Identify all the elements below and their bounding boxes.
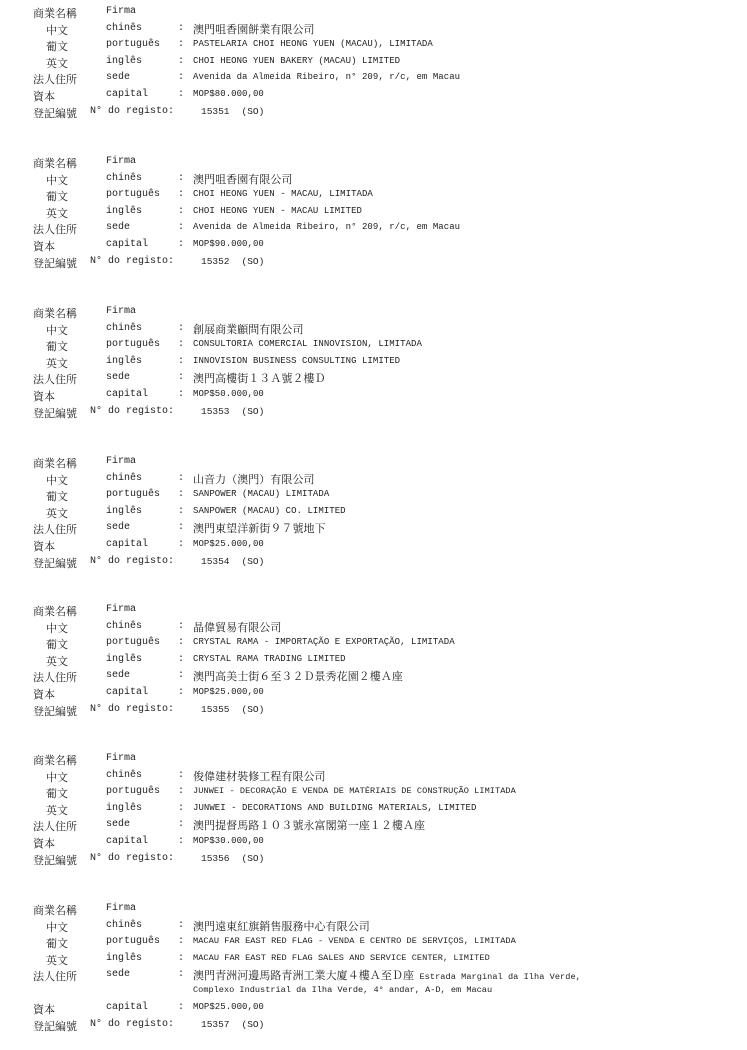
registo-status: (SO) — [242, 556, 265, 567]
capital-value: MOP$25.000,00 — [193, 539, 264, 549]
portugues-row: 葡文 português : JUNWEI - DECORAÇÃO E VEND… — [0, 785, 747, 802]
portuguese-name-value: JUNWEI - DECORAÇÃO E VENDA DE MATÉRIAIS … — [193, 786, 516, 796]
chines-label-zh: 中文 — [46, 769, 68, 785]
firma-row: 商業名稱 Firma — [0, 455, 747, 472]
portugues-row: 葡文 português : CONSULTORIA COMERCIAL INN… — [0, 338, 747, 355]
capital-row: 資本 capital : MOP$25.000,00 — [0, 538, 747, 555]
registo-status: (SO) — [242, 1019, 265, 1030]
chinese-name-value: 創展商業顧問有限公司 — [193, 321, 304, 337]
sede-row: 法人住所 sede : 澳門青洲河邊馬路青洲工業大廈４樓Ａ至Ｄ座 Estrada… — [0, 968, 747, 1001]
colon: : — [178, 670, 184, 681]
registo-label-pt: N° do registo: — [90, 406, 174, 417]
chines-label-zh: 中文 — [46, 322, 68, 338]
chines-label-pt: chinês — [106, 473, 142, 484]
colon: : — [178, 539, 184, 550]
registo-status: (SO) — [242, 704, 265, 715]
colon: : — [178, 786, 184, 797]
portugues-label-pt: português — [106, 637, 160, 648]
capital-row: 資本 capital : MOP$25.000,00 — [0, 1001, 747, 1018]
colon: : — [178, 39, 184, 50]
registo-number: 15357 — [201, 1019, 230, 1030]
registo-number: 15354 — [201, 556, 230, 567]
ingles-label-pt: inglês — [106, 506, 142, 517]
registration-record-15355: 商業名稱 Firma 中文 chinês : 晶偉貿易有限公司 葡文 portu… — [0, 603, 747, 719]
portugues-label-pt: português — [106, 189, 160, 200]
ingles-label-zh: 英文 — [46, 952, 68, 968]
sede-value: 澳門高樓街１３Ａ號２樓Ｄ — [193, 370, 326, 386]
portugues-row: 葡文 português : SANPOWER (MACAU) LIMITADA — [0, 488, 747, 505]
firma-label-pt: Firma — [106, 604, 136, 615]
colon: : — [178, 389, 184, 400]
portugues-label-zh: 葡文 — [46, 488, 68, 504]
capital-value: MOP$25.000,00 — [193, 687, 264, 697]
ingles-label-zh: 英文 — [46, 355, 68, 371]
sede-value-chinese: 澳門青洲河邊馬路青洲工業大廈４樓Ａ至Ｄ座 — [193, 969, 414, 982]
colon: : — [178, 89, 184, 100]
capital-value: MOP$90.000,00 — [193, 239, 264, 249]
registo-number: 15355 — [201, 704, 230, 715]
chines-row: 中文 chinês : 創展商業顧問有限公司 — [0, 322, 747, 339]
registration-record-15351: 商業名稱 Firma 中文 chinês : 澳門咀香園餅業有限公司 葡文 po… — [0, 5, 747, 121]
chines-label-zh: 中文 — [46, 22, 68, 38]
portugues-label-zh: 葡文 — [46, 636, 68, 652]
ingles-label-pt: inglês — [106, 206, 142, 217]
sede-label-pt: sede — [106, 969, 130, 980]
sede-value-portuguese: Estrada Marginal da Ilha Verde, — [419, 972, 580, 982]
firma-label-zh: 商業名稱 — [33, 305, 77, 321]
portugues-label-zh: 葡文 — [46, 935, 68, 951]
sede-label-zh: 法人住所 — [33, 221, 77, 237]
colon: : — [178, 222, 184, 233]
firma-label-pt: Firma — [106, 903, 136, 914]
firma-row: 商業名稱 Firma — [0, 902, 747, 919]
capital-label-pt: capital — [106, 539, 148, 550]
registo-row: 登記編號 N° do registo: 15351(SO) — [0, 105, 747, 122]
chines-row: 中文 chinês : 晶偉貿易有限公司 — [0, 620, 747, 637]
colon: : — [178, 56, 184, 67]
capital-label-zh: 資本 — [33, 538, 55, 554]
portugues-row: 葡文 português : PASTELARIA CHOI HEONG YUE… — [0, 38, 747, 55]
firma-label-zh: 商業名稱 — [33, 155, 77, 171]
portugues-label-zh: 葡文 — [46, 38, 68, 54]
ingles-label-zh: 英文 — [46, 205, 68, 221]
portuguese-name-value: CONSULTORIA COMERCIAL INNOVISION, LIMITA… — [193, 339, 422, 349]
registo-status: (SO) — [242, 853, 265, 864]
english-name-value: INNOVISION BUSINESS CONSULTING LIMITED — [193, 356, 400, 366]
ingles-label-zh: 英文 — [46, 505, 68, 521]
ingles-row: 英文 inglês : INNOVISION BUSINESS CONSULTI… — [0, 355, 747, 372]
chinese-name-value: 澳門遠東紅旗銷售服務中心有限公司 — [193, 918, 370, 934]
sede-row: 法人住所 sede : 澳門高樓街１３Ａ號２樓Ｄ — [0, 371, 747, 388]
colon: : — [178, 969, 184, 980]
portugues-label-pt: português — [106, 489, 160, 500]
sede-label-zh: 法人住所 — [33, 968, 77, 984]
colon: : — [178, 621, 184, 632]
ingles-row: 英文 inglês : SANPOWER (MACAU) CO. LIMITED — [0, 505, 747, 522]
colon: : — [178, 803, 184, 814]
portuguese-name-value: CRYSTAL RAMA - IMPORTAÇÃO E EXPORTAÇÃO, … — [193, 637, 455, 647]
colon: : — [178, 173, 184, 184]
sede-label-zh: 法人住所 — [33, 669, 77, 685]
colon: : — [178, 339, 184, 350]
ingles-label-pt: inglês — [106, 56, 142, 67]
chinese-name-value: 澳門咀香園餅業有限公司 — [193, 21, 315, 37]
chines-row: 中文 chinês : 山音力（澳門）有限公司 — [0, 472, 747, 489]
colon: : — [178, 687, 184, 698]
chines-label-zh: 中文 — [46, 172, 68, 188]
colon: : — [178, 323, 184, 334]
chines-row: 中文 chinês : 澳門咀香園有限公司 — [0, 172, 747, 189]
sede-value: 澳門提督馬路１０３號永富閣第一座１２樓Ａ座 — [193, 817, 425, 833]
firma-label-zh: 商業名稱 — [33, 902, 77, 918]
portugues-label-pt: português — [106, 39, 160, 50]
sede-row: 法人住所 sede : Avenida de Almeida Ribeiro, … — [0, 221, 747, 238]
colon: : — [178, 953, 184, 964]
portugues-row: 葡文 português : MACAU FAR EAST RED FLAG -… — [0, 935, 747, 952]
capital-label-pt: capital — [106, 836, 148, 847]
firma-row: 商業名稱 Firma — [0, 155, 747, 172]
sede-value: 澳門東望洋新街９７號地下 — [193, 520, 326, 536]
chines-label-zh: 中文 — [46, 620, 68, 636]
ingles-label-zh: 英文 — [46, 802, 68, 818]
chines-row: 中文 chinês : 澳門遠東紅旗銷售服務中心有限公司 — [0, 919, 747, 936]
sede-row: 法人住所 sede : Avenida da Almeida Ribeiro, … — [0, 71, 747, 88]
registration-record-15354: 商業名稱 Firma 中文 chinês : 山音力（澳門）有限公司 葡文 po… — [0, 455, 747, 571]
portugues-label-pt: português — [106, 936, 160, 947]
firma-label-pt: Firma — [106, 156, 136, 167]
capital-row: 資本 capital : MOP$90.000,00 — [0, 238, 747, 255]
registo-row: 登記編號 N° do registo: 15355(SO) — [0, 703, 747, 720]
ingles-label-zh: 英文 — [46, 653, 68, 669]
firma-label-pt: Firma — [106, 306, 136, 317]
registo-status: (SO) — [242, 256, 265, 267]
capital-label-pt: capital — [106, 389, 148, 400]
registo-label-zh: 登記編號 — [33, 703, 77, 719]
registo-row: 登記編號 N° do registo: 15356(SO) — [0, 852, 747, 869]
colon: : — [178, 23, 184, 34]
registo-label-pt: N° do registo: — [90, 106, 174, 117]
chinese-name-value: 山音力（澳門）有限公司 — [193, 471, 315, 487]
colon: : — [178, 920, 184, 931]
registo-label-zh: 登記編號 — [33, 555, 77, 571]
registo-value: 15357(SO) — [201, 1019, 264, 1030]
chines-label-pt: chinês — [106, 173, 142, 184]
english-name-value: CHOI HEONG YUEN BAKERY (MACAU) LIMITED — [193, 56, 400, 66]
ingles-row: 英文 inglês : JUNWEI - DECORATIONS AND BUI… — [0, 802, 747, 819]
ingles-label-pt: inglês — [106, 654, 142, 665]
registo-number: 15353 — [201, 406, 230, 417]
ingles-row: 英文 inglês : CHOI HEONG YUEN BAKERY (MACA… — [0, 55, 747, 72]
capital-label-zh: 資本 — [33, 238, 55, 254]
chines-row: 中文 chinês : 澳門咀香園餅業有限公司 — [0, 22, 747, 39]
sede-value: Avenida da Almeida Ribeiro, n° 209, r/c,… — [193, 72, 460, 82]
sede-value: 澳門青洲河邊馬路青洲工業大廈４樓Ａ至Ｄ座 Estrada Marginal da… — [193, 967, 581, 983]
colon: : — [178, 836, 184, 847]
ingles-label-pt: inglês — [106, 953, 142, 964]
ingles-label-pt: inglês — [106, 356, 142, 367]
firma-label-pt: Firma — [106, 753, 136, 764]
sede-value-line2: Complexo Industrial da Ilha Verde, 4° an… — [193, 985, 492, 995]
sede-label-pt: sede — [106, 222, 130, 233]
chines-label-pt: chinês — [106, 920, 142, 931]
registo-status: (SO) — [242, 106, 265, 117]
registo-row: 登記編號 N° do registo: 15352(SO) — [0, 255, 747, 272]
capital-label-zh: 資本 — [33, 686, 55, 702]
portuguese-name-value: MACAU FAR EAST RED FLAG - VENDA E CENTRO… — [193, 936, 516, 946]
sede-label-zh: 法人住所 — [33, 71, 77, 87]
portugues-row: 葡文 português : CHOI HEONG YUEN - MACAU, … — [0, 188, 747, 205]
registo-value: 15352(SO) — [201, 256, 264, 267]
registo-label-pt: N° do registo: — [90, 704, 174, 715]
chines-row: 中文 chinês : 俊偉建材裝修工程有限公司 — [0, 769, 747, 786]
portugues-label-pt: português — [106, 339, 160, 350]
colon: : — [178, 637, 184, 648]
capital-value: MOP$50.000,00 — [193, 389, 264, 399]
colon: : — [178, 522, 184, 533]
registo-value: 15356(SO) — [201, 853, 264, 864]
colon: : — [178, 506, 184, 517]
capital-label-zh: 資本 — [33, 388, 55, 404]
colon: : — [178, 72, 184, 83]
colon: : — [178, 819, 184, 830]
capital-row: 資本 capital : MOP$50.000,00 — [0, 388, 747, 405]
portugues-label-zh: 葡文 — [46, 785, 68, 801]
capital-label-zh: 資本 — [33, 835, 55, 851]
chines-label-zh: 中文 — [46, 919, 68, 935]
english-name-value: CRYSTAL RAMA TRADING LIMITED — [193, 654, 346, 664]
firma-row: 商業名稱 Firma — [0, 5, 747, 22]
registo-row: 登記編號 N° do registo: 15357(SO) — [0, 1018, 747, 1035]
chines-label-zh: 中文 — [46, 472, 68, 488]
capital-row: 資本 capital : MOP$80.000,00 — [0, 88, 747, 105]
firma-row: 商業名稱 Firma — [0, 305, 747, 322]
firma-label-zh: 商業名稱 — [33, 5, 77, 21]
registo-label-zh: 登記編號 — [33, 255, 77, 271]
capital-label-pt: capital — [106, 89, 148, 100]
colon: : — [178, 654, 184, 665]
firma-label-zh: 商業名稱 — [33, 603, 77, 619]
english-name-value: JUNWEI - DECORATIONS AND BUILDING MATERI… — [193, 803, 476, 813]
registration-record-15353: 商業名稱 Firma 中文 chinês : 創展商業顧問有限公司 葡文 por… — [0, 305, 747, 421]
sede-value: Avenida de Almeida Ribeiro, n° 209, r/c,… — [193, 222, 460, 232]
sede-row: 法人住所 sede : 澳門東望洋新街９７號地下 — [0, 521, 747, 538]
ingles-label-pt: inglês — [106, 803, 142, 814]
portuguese-name-value: CHOI HEONG YUEN - MACAU, LIMITADA — [193, 189, 373, 199]
colon: : — [178, 770, 184, 781]
registration-record-15352: 商業名稱 Firma 中文 chinês : 澳門咀香園有限公司 葡文 port… — [0, 155, 747, 271]
capital-label-pt: capital — [106, 1002, 148, 1013]
registo-label-zh: 登記編號 — [33, 405, 77, 421]
capital-label-pt: capital — [106, 239, 148, 250]
firma-row: 商業名稱 Firma — [0, 603, 747, 620]
portugues-label-zh: 葡文 — [46, 338, 68, 354]
capital-row: 資本 capital : MOP$30.000,00 — [0, 835, 747, 852]
registo-row: 登記編號 N° do registo: 15354(SO) — [0, 555, 747, 572]
colon: : — [178, 489, 184, 500]
registo-number: 15352 — [201, 256, 230, 267]
chinese-name-value: 澳門咀香園有限公司 — [193, 171, 292, 187]
sede-label-zh: 法人住所 — [33, 521, 77, 537]
firma-label-pt: Firma — [106, 456, 136, 467]
colon: : — [178, 239, 184, 250]
english-name-value: CHOI HEONG YUEN - MACAU LIMITED — [193, 206, 362, 216]
firma-label-zh: 商業名稱 — [33, 455, 77, 471]
ingles-row: 英文 inglês : CHOI HEONG YUEN - MACAU LIMI… — [0, 205, 747, 222]
registo-label-zh: 登記編號 — [33, 852, 77, 868]
registo-label-pt: N° do registo: — [90, 256, 174, 267]
sede-label-zh: 法人住所 — [33, 818, 77, 834]
colon: : — [178, 189, 184, 200]
chinese-name-value: 晶偉貿易有限公司 — [193, 619, 281, 635]
firma-row: 商業名稱 Firma — [0, 752, 747, 769]
colon: : — [178, 1002, 184, 1013]
sede-label-pt: sede — [106, 819, 130, 830]
portugues-row: 葡文 português : CRYSTAL RAMA - IMPORTAÇÃO… — [0, 636, 747, 653]
sede-label-pt: sede — [106, 522, 130, 533]
capital-label-zh: 資本 — [33, 1001, 55, 1017]
sede-value: 澳門高美士街６至３２Ｄ景秀花園２樓Ａ座 — [193, 668, 403, 684]
portugues-label-pt: português — [106, 786, 160, 797]
ingles-label-zh: 英文 — [46, 55, 68, 71]
registo-value: 15351(SO) — [201, 106, 264, 117]
capital-value: MOP$80.000,00 — [193, 89, 264, 99]
registo-label-pt: N° do registo: — [90, 556, 174, 567]
english-name-value: MACAU FAR EAST RED FLAG SALES AND SERVIC… — [193, 953, 490, 963]
registo-value: 15353(SO) — [201, 406, 264, 417]
registo-value: 15355(SO) — [201, 704, 264, 715]
registo-label-zh: 登記編號 — [33, 105, 77, 121]
registration-record-15356: 商業名稱 Firma 中文 chinês : 俊偉建材裝修工程有限公司 葡文 p… — [0, 752, 747, 868]
english-name-value: SANPOWER (MACAU) CO. LIMITED — [193, 506, 346, 516]
capital-value: MOP$25.000,00 — [193, 1002, 264, 1012]
capital-row: 資本 capital : MOP$25.000,00 — [0, 686, 747, 703]
registo-value: 15354(SO) — [201, 556, 264, 567]
ingles-row: 英文 inglês : CRYSTAL RAMA TRADING LIMITED — [0, 653, 747, 670]
sede-row: 法人住所 sede : 澳門提督馬路１０３號永富閣第一座１２樓Ａ座 — [0, 818, 747, 835]
sede-label-pt: sede — [106, 72, 130, 83]
sede-row: 法人住所 sede : 澳門高美士街６至３２Ｄ景秀花園２樓Ａ座 — [0, 669, 747, 686]
chines-label-pt: chinês — [106, 23, 142, 34]
registo-number: 15351 — [201, 106, 230, 117]
capital-value: MOP$30.000,00 — [193, 836, 264, 846]
colon: : — [178, 936, 184, 947]
registo-status: (SO) — [242, 406, 265, 417]
portugues-label-zh: 葡文 — [46, 188, 68, 204]
capital-label-zh: 資本 — [33, 88, 55, 104]
sede-label-zh: 法人住所 — [33, 371, 77, 387]
chines-label-pt: chinês — [106, 770, 142, 781]
sede-label-pt: sede — [106, 372, 130, 383]
registo-number: 15356 — [201, 853, 230, 864]
registo-label-zh: 登記編號 — [33, 1018, 77, 1034]
chinese-name-value: 俊偉建材裝修工程有限公司 — [193, 768, 326, 784]
registration-record-15357: 商業名稱 Firma 中文 chinês : 澳門遠東紅旗銷售服務中心有限公司 … — [0, 902, 747, 1035]
firma-label-zh: 商業名稱 — [33, 752, 77, 768]
chines-label-pt: chinês — [106, 621, 142, 632]
colon: : — [178, 206, 184, 217]
registo-label-pt: N° do registo: — [90, 853, 174, 864]
colon: : — [178, 356, 184, 367]
registo-label-pt: N° do registo: — [90, 1019, 174, 1030]
portuguese-name-value: PASTELARIA CHOI HEONG YUEN (MACAU), LIMI… — [193, 39, 433, 49]
registo-row: 登記編號 N° do registo: 15353(SO) — [0, 405, 747, 422]
ingles-row: 英文 inglês : MACAU FAR EAST RED FLAG SALE… — [0, 952, 747, 969]
portuguese-name-value: SANPOWER (MACAU) LIMITADA — [193, 489, 329, 499]
firma-label-pt: Firma — [106, 6, 136, 17]
chines-label-pt: chinês — [106, 323, 142, 334]
colon: : — [178, 473, 184, 484]
colon: : — [178, 372, 184, 383]
sede-label-pt: sede — [106, 670, 130, 681]
capital-label-pt: capital — [106, 687, 148, 698]
